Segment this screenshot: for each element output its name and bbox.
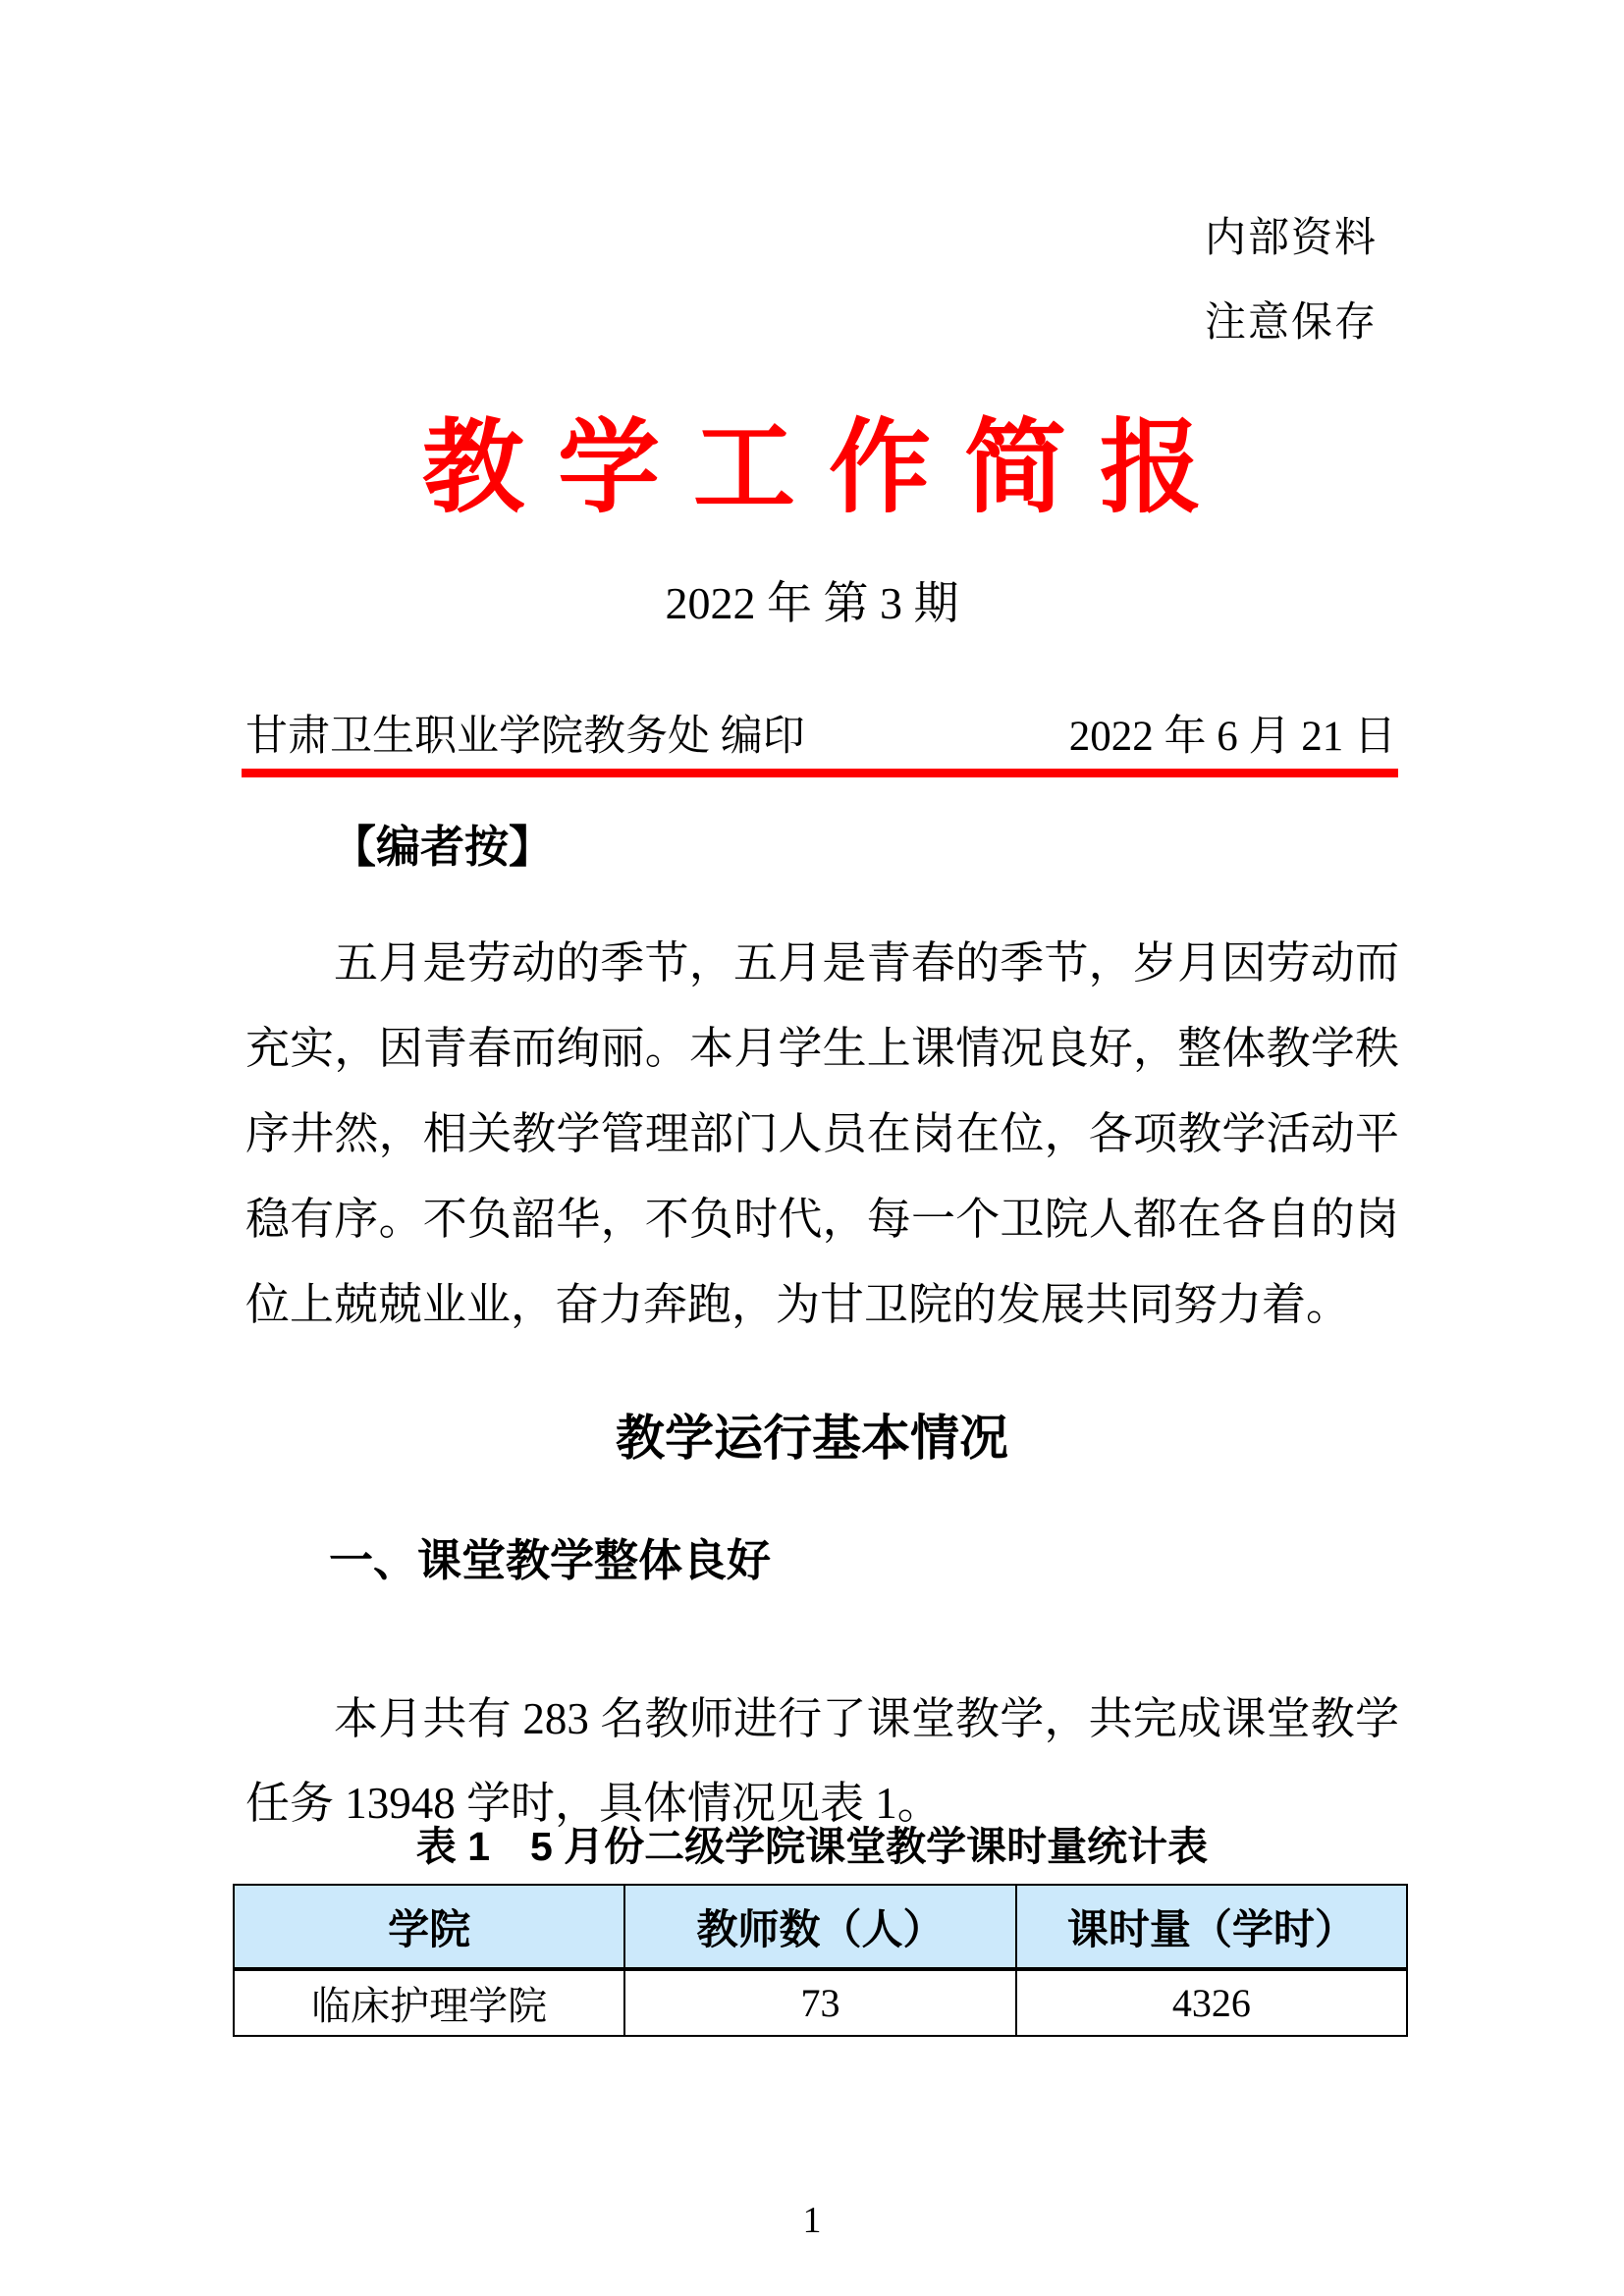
class-hours-table: 学院 教师数（人） 课时量（学时） 临床护理学院 73 4326 (233, 1884, 1408, 2037)
section-heading: 教学运行基本情况 (0, 1399, 1624, 1469)
document-page: 内部资料 注意保存 教学工作简报 2022 年 第 3 期 甘肃卫生职业学院教务… (0, 0, 1624, 2296)
editor-note-label: 【编者按】 (332, 811, 553, 875)
table-header-class-hours: 课时量（学时） (1016, 1885, 1407, 1969)
publish-date: 2022 年 6 月 21 日 (1069, 703, 1396, 763)
document-title: 教学工作简报 (0, 385, 1624, 532)
confidential-line-2: 注意保存 (1205, 281, 1378, 365)
issue-number: 2022 年 第 3 期 (0, 567, 1624, 632)
sub-heading: 一、课堂教学整体良好 (329, 1524, 771, 1588)
table-cell-class-hours: 4326 (1016, 1969, 1407, 2036)
red-divider-rule (242, 769, 1398, 777)
table-cell-college: 临床护理学院 (234, 1969, 624, 2036)
page-number: 1 (0, 2199, 1624, 2242)
confidential-notice: 内部资料 注意保存 (1205, 196, 1378, 365)
table-row: 临床护理学院 73 4326 (234, 1969, 1407, 2036)
publisher-row: 甘肃卫生职业学院教务处 编印 2022 年 6 月 21 日 (245, 703, 1396, 763)
table-header-teacher-count: 教师数（人） (624, 1885, 1015, 1969)
table-caption: 表 1 5 月份二级学院课堂教学课时量统计表 (0, 1814, 1624, 1872)
confidential-line-1: 内部资料 (1205, 196, 1378, 281)
table-cell-teacher-count: 73 (624, 1969, 1015, 2036)
publisher-name: 甘肃卫生职业学院教务处 编印 (245, 703, 805, 763)
table-header-row: 学院 教师数（人） 课时量（学时） (234, 1885, 1407, 1969)
table-header-college: 学院 (234, 1885, 624, 1969)
editor-note-paragraph: 五月是劳动的季节，五月是青春的季节，岁月因劳动而充实，因青春而绚丽。本月学生上课… (245, 921, 1399, 1348)
